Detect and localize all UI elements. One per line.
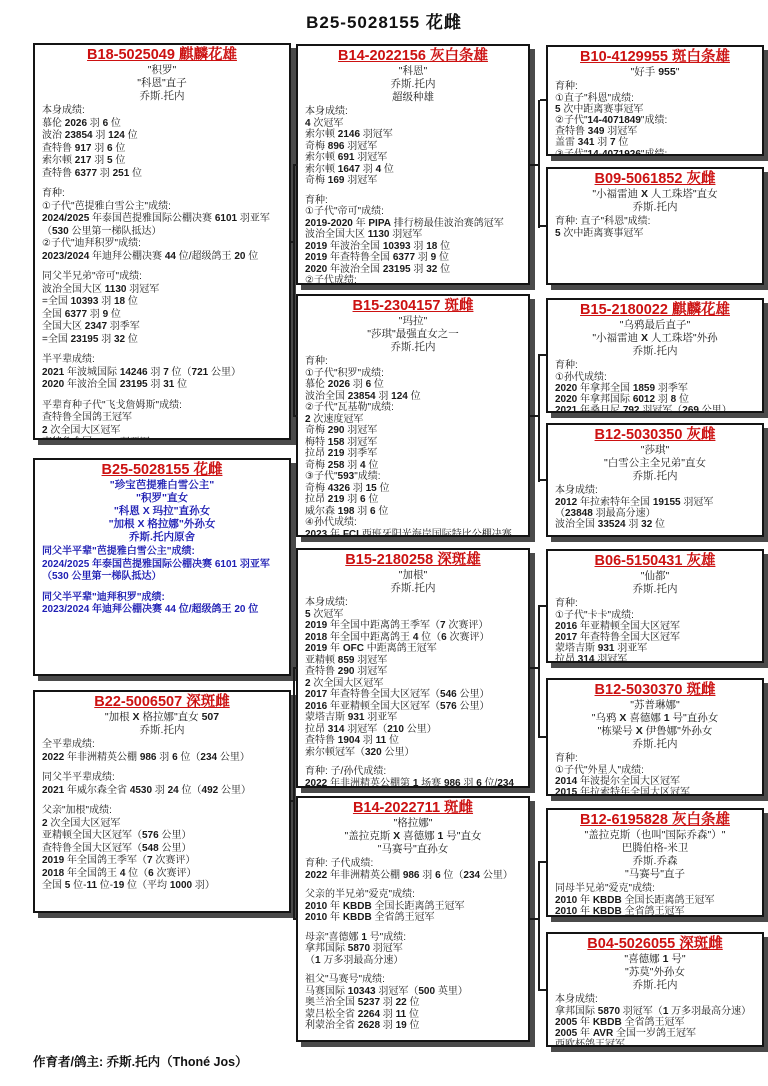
text-line: 乔斯.托内 [305,78,521,91]
pigeon-id-title: B15-2180022 麒麟花雄 [555,302,755,319]
pigeon-results: 育种:①子代"外星人"成绩:2014 年波提尔全国大区冠军2015 年拉索特年全… [555,753,755,796]
text-line: 平辈育种子代"飞戈詹姆斯"成绩: [42,400,282,413]
pedigree-box-ggp-4: B12-5030350 灰雌 "莎琪""白雪公主全兄弟"直女乔斯.托内 本身成绩… [546,423,764,537]
text-line: 2019 年全国鸽王季军（7 次赛评） [42,855,282,868]
pigeon-results: 本身成绩:4 次冠军索尔顿 2146 羽冠军奇梅 896 羽冠军索尔顿 691 … [305,106,521,285]
pedigree-connector-line [538,354,540,482]
pedigree-connector-line [294,918,298,920]
text-line: 育种: 子/孙代成绩: [305,766,521,778]
text-line: 查特鲁 917 羽 6 位 [42,143,282,156]
pigeon-names: "加根"乔斯.托内 [305,569,521,595]
pigeon-id-title: B09-5061852 灰雌 [555,171,755,188]
text-line: 本身成绩: [42,105,282,118]
text-line: 2017 年查特鲁全国大区冠军（546 公里） [305,689,521,701]
text-line: ③子代"593"成绩: [305,471,521,483]
text-line: 2017 年查特鲁全国大区冠军 [555,632,755,643]
pedigree-box-ggp-7: B12-6195828 灰白条雄 "盖拉克斯（也叫"国际乔森"）"巴腾伯格-米卫… [546,808,764,917]
text-line: 拉昂 219 羽季军 [305,448,521,460]
text-line: 波治全国 23854 羽 124 位 [305,391,521,403]
text-line: "科恩 X 玛拉"直孙女 [42,505,282,518]
text-line: ①子代"外星人"成绩: [555,765,755,776]
text-line: 乔斯.托内 [555,979,755,992]
text-line: 2 次全国大区冠军 [42,818,282,831]
pigeon-results: 本身成绩:2012 年拉索特年全国 19155 羽冠军（23848 羽最高分速）… [555,485,755,530]
text-line: 2020 年波治全国 23195 羽 31 位 [42,379,282,392]
pedigree-connector-line [540,605,546,607]
text-line: 2023/2024 年迪拜公棚决赛 44 位/超级鸽王 20 位 [42,604,282,617]
text-line: 育种: [555,360,755,371]
text-line: 育种: [555,598,755,609]
text-line: 2019 年查特鲁全国 6377 羽 9 位 [305,252,521,264]
pigeon-id-title: B04-5026055 深斑雌 [555,936,755,953]
pigeon-results: 本身成绩:5 次冠军2019 年全国中距离鸽王季军（7 次赛评）2018 年全国… [305,597,521,788]
text-line: 2023 年 FCI 西班牙阳光海岸国际特比公棚决赛 [305,529,521,537]
text-line: 2016 年亚精顿全国大区冠军（576 公里） [305,701,521,713]
text-line: 母亲"喜德娜 1 号"成绩: [305,932,521,944]
text-line: ③子代"14-4071926"成绩: [555,149,755,156]
text-line: 查特鲁全国鸽王冠军 [42,412,282,425]
text-line: 波治全国大区 1130 羽冠军 [42,284,282,297]
text-line: "加根" [305,569,521,582]
pigeon-names: "盖拉克斯（也叫"国际乔森"）"巴腾伯格-米卫乔斯.乔森"马赛号"直子 [555,829,755,881]
text-line: 2020 年拿邦国际 6012 羽 8 位 [555,394,755,405]
text-line: 2024/2025 年泰国芭提雅国际公棚决赛 6101 羽亚军（530 公里第一… [42,213,282,238]
text-line: 超级种雄 [305,91,521,104]
text-line: ②子代"迪拜积罗"成绩: [42,238,282,251]
text-line: （1 万多羽最高分速） [305,955,521,967]
text-line: 乔斯.托内 [42,90,282,103]
pigeon-id-title: B25-5028155 花雌 [42,462,282,479]
text-line: "格拉娜" [305,817,521,830]
text-line: 慕伦 2026 羽 6 位 [42,118,282,131]
pedigree-connector-line [540,479,546,481]
text-line: 2022 年非洲精英公棚第 1 场赛 986 羽 6 位/234 公 [305,778,521,788]
pigeon-names: "莎琪""白雪公主全兄弟"直女乔斯.托内 [555,444,755,483]
text-line: 威尔森 198 羽 6 位 [305,506,521,518]
pedigree-connector-line [294,667,298,669]
text-line: 乔斯.托内 [555,470,755,483]
text-line: 育种: 子代成绩: [305,858,521,870]
pigeon-id-title: B10-4129955 斑白条雄 [555,49,755,66]
page-title: B25-5028155 花雌 [0,8,768,33]
text-line: 5 次冠军 [305,609,521,621]
text-line [42,584,282,592]
pigeon-results: 本身成绩:拿邦国际 5870 羽冠军（1 万多羽最高分速）2005 年 KBDB… [555,994,755,1047]
text-line: 查特鲁 1904 羽 11 位 [305,735,521,747]
text-line: 育种: [555,753,755,764]
pigeon-results: 育种:①直子"科恩"成绩:5 次中距离赛事冠军②子代"14-4071849"成绩… [555,81,755,156]
text-line: 本身成绩: [555,994,755,1005]
text-line: 波治 23854 羽 124 位 [42,130,282,143]
pedigree-connector-line [530,415,538,417]
pedigree-connector-line [538,605,540,738]
text-line: 全国 5 位-11 位-19 位（平均 1000 羽） [42,880,282,893]
text-line: 波治全国 33524 羽 32 位 [555,519,755,530]
pedigree-box-ggp-1: B10-4129955 斑白条雄 "好手 955" 育种:①直子"科恩"成绩:5… [546,45,764,156]
text-line: 2005 年 AVR 全国一岁鸽王冠军 [555,1028,755,1039]
text-line: "盖拉克斯 X 喜德娜 1 号"直女 [305,830,521,843]
pedigree-connector-line [540,99,546,101]
text-line: 西欧杯鸽王冠军 [555,1039,755,1047]
pedigree-connector-line [540,736,546,738]
text-line: 5 次中距离赛事冠军 [555,228,755,239]
text-line: 乔斯.托内 [305,341,521,354]
pedigree-connector-line [540,989,546,991]
text-line: 全平辈成绩: [42,739,282,752]
pedigree-connector-line [540,225,546,227]
pedigree-box-grandfather-paternal: B14-2022156 灰白条雄 "科恩"乔斯.托内超级种雄 本身成绩:4 次冠… [296,44,530,285]
pigeon-id-title: B12-6195828 灰白条雄 [555,812,755,829]
pigeon-names: "乌鸦最后直子""小福雷迪 X 人工珠塔"外孙乔斯.托内 [555,319,755,358]
text-line: 索尔顿冠军（320 公里） [305,747,521,759]
pigeon-results: 育种:①子代"卡卡"成绩:2016 年亚精顿全国大区冠军2017 年查特鲁全国大… [555,598,755,663]
pedigree-box-mother: B22-5006507 深斑雌 "加根 X 格拉娜"直女 507乔斯.托内 全平… [33,690,291,913]
pigeon-id-title: B22-5006507 深斑雌 [42,694,282,711]
pedigree-connector-line [293,667,295,920]
breeder-owner-line: 作育者/鸽主: 乔斯.托内（Thoné Jos） [33,1052,248,1070]
text-line: 2019 年波治全国 10393 羽 18 位 [305,241,521,253]
text-line: ②子代成绩: [305,275,521,285]
text-line: "玛拉" [305,315,521,328]
text-line: 查特鲁全国大区冠军（548 公里） [42,843,282,856]
text-line: 2020 年拿邦全国 1859 羽季军 [555,383,755,394]
pigeon-names: "科恩"乔斯.托内超级种雄 [305,65,521,104]
pedigree-box-ggp-2: B09-5061852 灰雌 "小福雷迪 X 人工珠塔"直女乔斯.托内 育种: … [546,167,764,285]
text-line: 4 次冠军 [305,118,521,130]
pedigree-connector-line [530,667,538,669]
text-line [42,392,282,400]
text-line: "马赛号"直子 [555,868,755,881]
pedigree-connector-line [530,918,538,920]
text-line: 蒙吕松全省 2264 羽 11 位 [305,1009,521,1021]
pigeon-results: 同父半平辈"芭提雅白雪公主"成绩:2024/2025 年泰国芭提雅国际公棚决赛 … [42,546,282,617]
text-line: "加根 X 格拉娜"外孙女 [42,518,282,531]
pigeon-results: 育种:①孙代成绩:2020 年拿邦全国 1859 羽季军2020 年拿邦国际 6… [555,360,755,413]
text-line: 拉昂 219 羽 6 位 [305,494,521,506]
text-line: 2016 年亚精顿全国大区冠军 [555,621,755,632]
pedigree-page: B25-5028155 花雌 B18-5025049 麒麟花雄 "积罗""科恩"… [0,0,768,1086]
text-line: 奇梅 290 羽冠军 [305,425,521,437]
pigeon-id-title: B12-5030350 灰雌 [555,427,755,444]
text-line: 拿邦国际 5870 羽冠军 [305,943,521,955]
text-line: 2014 年波提尔全国大区冠军 [555,776,755,787]
text-line: 拿邦国际 5870 羽冠军（1 万多羽最高分速） [555,1006,755,1017]
text-line: （23848 羽最高分速） [555,508,755,519]
pedigree-box-grandmother-maternal: B14-2022711 斑雌 "格拉娜""盖拉克斯 X 喜德娜 1 号"直女"马… [296,796,530,1042]
text-line: 索尔顿 1647 羽 4 位 [305,164,521,176]
text-line: "积罗"直女 [42,492,282,505]
text-line: 乔斯.托内 [555,201,755,214]
text-line: 本身成绩: [305,106,521,118]
pedigree-box-grandfather-maternal: B15-2180258 深斑雄 "加根"乔斯.托内 本身成绩:5 次冠军2019… [296,548,530,788]
text-line: 利蒙治全省 2628 羽 19 位 [305,1020,521,1032]
text-line: "白雪公主全兄弟"直女 [555,457,755,470]
text-line: ①子代"帝可"成绩: [305,206,521,218]
text-line: "好手 955" [555,66,755,79]
text-line: "加根 X 格拉娜"直女 507 [42,711,282,724]
text-line: "栋梁号 X 伊鲁娜"外孙女 [555,725,755,738]
text-line: 同父半兄弟"帝可"成绩: [42,271,282,284]
text-line: =全国 10393 羽 18 位 [42,296,282,309]
text-line: "莎琪" [555,444,755,457]
text-line: 查特鲁 6377 羽 251 位 [42,168,282,181]
text-line: 盖雷 341 羽 7 位 [555,137,755,148]
pedigree-box-ggp-3: B15-2180022 麒麟花雄 "乌鸦最后直子""小福雷迪 X 人工珠塔"外孙… [546,298,764,413]
pedigree-box-ggp-6: B12-5030370 斑雌 "苏普琳娜""乌鸦 X 喜德娜 1 号"直孙女"栋… [546,678,764,796]
text-line: 查特鲁 290 羽冠军 [305,666,521,678]
text-line: 2022 年非洲精英公棚 986 羽 6 位（234 公里） [42,752,282,765]
pigeon-names: "格拉娜""盖拉克斯 X 喜德娜 1 号"直女"马赛号"直孙女 [305,817,521,856]
pedigree-connector-line [293,164,295,417]
text-line: 2018 年全国中距离鸽王 4 位（6 次赛评） [305,632,521,644]
text-line: 同父半平辈"迪拜积罗"成绩: [42,592,282,605]
text-line: 索尔顿 217 羽 5 位 [42,155,282,168]
text-line: 半平辈成绩: [42,354,282,367]
text-line: 2022 年非洲精英公棚 986 羽 6 位（234 公里） [305,870,521,882]
text-line: ②子代"瓦基勒"成绩: [305,402,521,414]
pigeon-names: "仙都"乔斯.托内 [555,570,755,596]
text-line: 2019-2020 年 PIPA 排行榜最佳波治赛鸽冠军 [305,218,521,230]
text-line: 同父半平辈成绩: [42,772,282,785]
text-line: 乔斯.托内 [555,345,755,358]
pigeon-names: "好手 955" [555,66,755,79]
pigeon-names: "小福雷迪 X 人工珠塔"直女乔斯.托内 [555,188,755,214]
text-line: "科恩" [305,65,521,78]
text-line: 2023/2024 年迪拜公棚决赛 44 位/超级鸽王 20 位 [42,251,282,264]
pedigree-box-ggp-8: B04-5026055 深斑雌 "喜德娜 1 号""苏莫"外孙女乔斯.托内 本身… [546,932,764,1047]
text-line: 5 次中距离赛事冠军 [555,104,755,115]
text-line: "莎琪"最强直女之一 [305,328,521,341]
text-line: 奥兰治全国 5237 羽 22 位 [305,997,521,1009]
text-line: 2021 年波城国际 14246 羽 7 位（721 公里） [42,367,282,380]
text-line: 2005 年 KBDB 全省鸽王冠军 [555,1017,755,1028]
text-line: 奇梅 258 羽 4 位 [305,460,521,472]
text-line: "仙都" [555,570,755,583]
pigeon-names: "珍宝芭提雅白雪公主""积罗"直女"科恩 X 玛拉"直孙女"加根 X 格拉娜"外… [42,479,282,544]
text-line: 2019 年全国中距离鸽王季军（7 次赛评） [305,620,521,632]
text-line: 2010 年 KBDB 全国长距离鸽王冠军 [555,895,755,906]
text-line: 2015 年拉索特年全国大区冠军 [555,787,755,796]
text-line: 2 次全国大区冠军 [305,678,521,690]
text-line: 奇梅 4326 羽 15 位 [305,483,521,495]
text-line: 索尔顿 691 羽冠军 [305,152,521,164]
text-line: "乌鸦 X 喜德娜 1 号"直孙女 [555,712,755,725]
pigeon-results: 同母半兄弟"爱克"成绩:2010 年 KBDB 全国长距离鸽王冠军2010 年 … [555,883,755,917]
text-line: 本身成绩: [555,485,755,496]
text-line: "盖拉克斯（也叫"国际乔森"）" [555,829,755,842]
text-line: 育种: [305,195,521,207]
text-line: 2024/2025 年泰国芭提雅国际公棚决赛 6101 羽亚军（530 公里第一… [42,559,282,584]
text-line: 查特鲁 349 羽冠军 [555,126,755,137]
pigeon-results: 育种:①子代"积罗"成绩:慕伦 2026 羽 6 位波治全国 23854 羽 1… [305,356,521,537]
text-line: 2019 年 OFC 中距离鸽王冠军 [305,643,521,655]
pigeon-names: "积罗""科恩"直子乔斯.托内 [42,64,282,103]
text-line: ①直子"科恩"成绩: [555,93,755,104]
text-line: 育种: [42,188,282,201]
text-line: 蒙塔吉斯 931 羽亚军 [555,643,755,654]
pigeon-id-title: B15-2180258 深斑雄 [305,552,521,569]
text-line: ①子代"芭提雅白雪公主"成绩: [42,201,282,214]
text-line: 2010 年 KBDB 全国长距离鸽王冠军 [305,901,521,913]
pigeon-results: 本身成绩:慕伦 2026 羽 6 位波治 23854 羽 124 位查特鲁 91… [42,105,282,440]
text-line: 育种: 直子"科恩"成绩: [555,216,755,227]
text-line: 亚精顿全国大区冠军（576 公里） [42,830,282,843]
pedigree-box-ggp-5: B06-5150431 灰雄 "仙都"乔斯.托内 育种:①子代"卡卡"成绩:20… [546,549,764,663]
text-line: ②子代"14-4071849"成绩: [555,115,755,126]
text-line: 乔斯.托内 [555,738,755,751]
pedigree-box-grandmother-paternal: B15-2304157 斑雌 "玛拉""莎琪"最强直女之一乔斯.托内 育种:①子… [296,294,530,537]
text-line: "小福雷迪 X 人工珠塔"直女 [555,188,755,201]
pigeon-names: "加根 X 格拉娜"直女 507乔斯.托内 [42,711,282,737]
pigeon-names: "苏普琳娜""乌鸦 X 喜德娜 1 号"直孙女"栋梁号 X 伊鲁娜"外孙女乔斯.… [555,699,755,751]
text-line: =全国 23195 羽 32 位 [42,334,282,347]
text-line: "积罗" [42,64,282,77]
pigeon-results: 育种: 子代成绩:2022 年非洲精英公棚 986 羽 6 位（234 公里）父… [305,858,521,1032]
text-line: 乔斯.乔森 [555,855,755,868]
text-line: "乌鸦最后直子" [555,319,755,332]
text-line: 同父半平辈"芭提雅白雪公主"成绩: [42,546,282,559]
text-line: "珍宝芭提雅白雪公主" [42,479,282,492]
text-line: 2 次速度冠军 [305,414,521,426]
text-line: 2010 年 KBDB 全省鸽王冠军 [555,906,755,917]
text-line [42,180,282,188]
text-line: 育种: [555,81,755,92]
pedigree-connector-line [540,861,546,863]
text-line: ①子代"积罗"成绩: [305,368,521,380]
text-line: 父亲"加根"成绩: [42,805,282,818]
pigeon-results: 全平辈成绩:2022 年非洲精英公棚 986 羽 6 位（234 公里）同父半平… [42,739,282,893]
pedigree-connector-line [294,164,298,166]
text-line: 索尔顿 2146 羽冠军 [305,129,521,141]
text-line: 奇梅 896 羽冠军 [305,141,521,153]
pedigree-connector-line [294,415,298,417]
pedigree-box-father: B18-5025049 麒麟花雄 "积罗""科恩"直子乔斯.托内 本身成绩:慕伦… [33,43,291,440]
text-line: 祖父"马赛号"成绩: [305,974,521,986]
text-line: 2018 年全国鸽王 4 位（6 次赛评） [42,868,282,881]
text-line: 乔斯.托内 [555,583,755,596]
text-line: 全国大区 2347 羽季军 [42,321,282,334]
pigeon-names: "玛拉""莎琪"最强直女之一乔斯.托内 [305,315,521,354]
text-line: 同母半兄弟"爱克"成绩: [555,883,755,894]
text-line: 全国 6377 羽 9 位 [42,309,282,322]
text-line: ①孙代成绩: [555,372,755,383]
text-line: 2 次全国大区冠军 [42,425,282,438]
text-line: 乔斯.托内原舍 [42,531,282,544]
text-line: 2020 年波治全国 23195 羽 32 位 [305,264,521,276]
pigeon-id-title: B15-2304157 斑雌 [305,298,521,315]
text-line: "喜德娜 1 号" [555,953,755,966]
text-line: 拉昂 314 羽冠军（210 公里） [305,724,521,736]
text-line: 巴腾伯格-米卫 [555,842,755,855]
text-line [305,924,521,932]
text-line: "科恩"直子 [42,77,282,90]
pedigree-connector-line [538,100,540,228]
text-line: 慕伦 2026 羽 6 位 [305,379,521,391]
pedigree-box-subject: B25-5028155 花雌 "珍宝芭提雅白雪公主""积罗"直女"科恩 X 玛拉… [33,458,291,676]
text-line: 波治全国大区 1130 羽冠军 [305,229,521,241]
text-line: 2010 年 KBDB 全省鸽王冠军 [305,912,521,924]
pigeon-id-title: B06-5150431 灰雄 [555,553,755,570]
text-line: 本身成绩: [305,597,521,609]
text-line: 乔斯.托内 [42,724,282,737]
text-line: 亚精顿 859 羽冠军 [305,655,521,667]
text-line: ①子代"卡卡"成绩: [555,610,755,621]
pigeon-id-title: B12-5030370 斑雌 [555,682,755,699]
text-line [305,187,521,195]
text-line: 2021 年桑日尼 792 羽冠军（269 公里） [555,405,755,413]
text-line: 奇梅 169 羽冠军 [305,175,521,187]
text-line: 梅特 158 羽冠军 [305,437,521,449]
pedigree-connector-line [538,861,540,991]
pigeon-id-title: B18-5025049 麒麟花雄 [42,47,282,64]
pigeon-id-title: B14-2022711 斑雌 [305,800,521,817]
pigeon-names: "喜德娜 1 号""苏莫"外孙女乔斯.托内 [555,953,755,992]
pedigree-connector-line [540,354,546,356]
text-line: 查特鲁全国 4209 羽亚军 [42,437,282,440]
text-line: 拉昂 314 羽冠军 [555,654,755,663]
pigeon-id-title: B14-2022156 灰白条雄 [305,48,521,65]
text-line: "苏普琳娜" [555,699,755,712]
text-line: "小福雷迪 X 人工珠塔"外孙 [555,332,755,345]
text-line: 父亲的半兄弟"爱克"成绩: [305,889,521,901]
text-line: 2012 年拉索特年全国 19155 羽冠军 [555,497,755,508]
pedigree-connector-line [530,164,538,166]
text-line: 乔斯.托内 [305,582,521,595]
text-line: "苏莫"外孙女 [555,966,755,979]
text-line: 马赛国际 10343 羽冠军（500 英里） [305,986,521,998]
text-line: "马赛号"直孙女 [305,843,521,856]
pigeon-results: 育种: 直子"科恩"成绩:5 次中距离赛事冠军 [555,216,755,238]
text-line: ④孙代成绩: [305,517,521,529]
text-line: 育种: [305,356,521,368]
text-line: 蒙塔吉斯 931 羽亚军 [305,712,521,724]
text-line: 2021 年威尔森全省 4530 羽 24 位（492 公里） [42,785,282,798]
